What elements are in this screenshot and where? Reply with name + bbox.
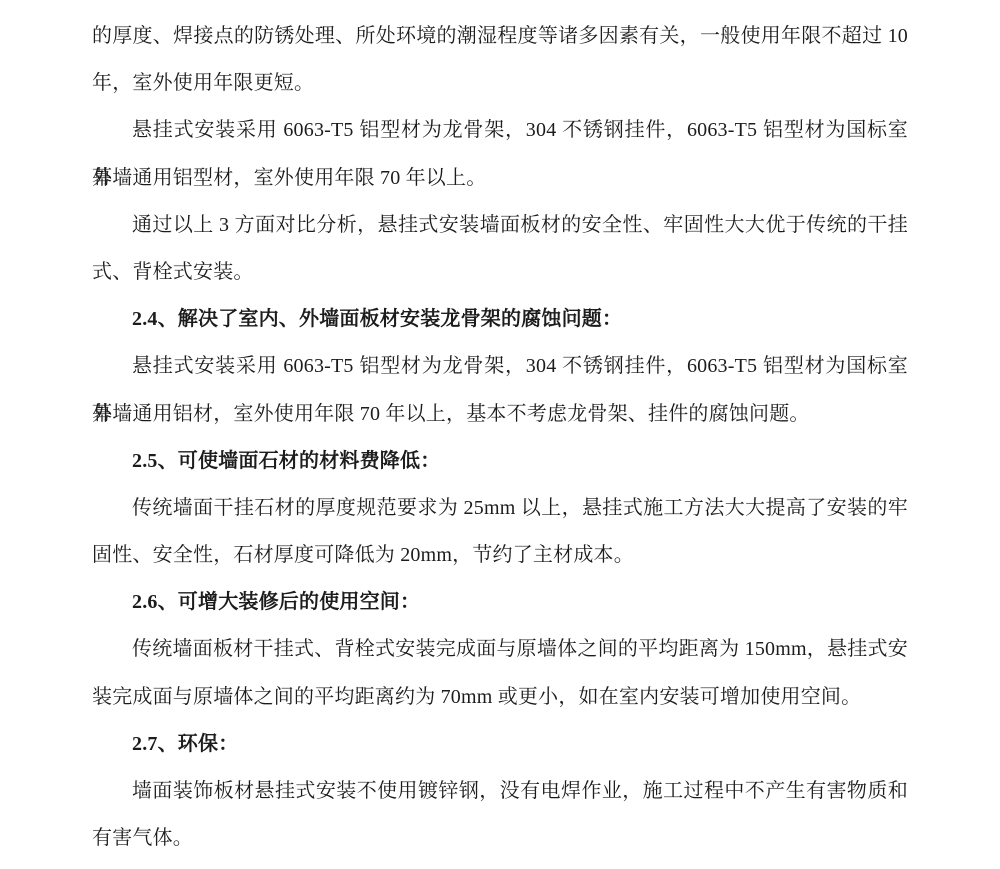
paragraph-line: 年，室外使用年限更短。 [92,60,908,107]
paragraph-line: 幕墙通用铝型材，室外使用年限 70 年以上。 [92,155,908,202]
paragraph-line: 有害气体。 [92,815,908,862]
paragraph-line: 传统墙面板材干挂式、背栓式安装完成面与原墙体之间的平均距离为 150mm，悬挂式… [92,626,908,673]
paragraph-line: 的厚度、焊接点的防锈处理、所处环境的潮湿程度等诸多因素有关，一般使用年限不超过 … [92,13,908,60]
paragraph-line: 悬挂式安装采用 6063-T5 铝型材为龙骨架，304 不锈钢挂件，6063-T… [92,343,908,390]
paragraph-line: 固性、安全性，石材厚度可降低为 20mm，节约了主材成本。 [92,532,908,579]
paragraph-line: 幕墙通用铝材，室外使用年限 70 年以上，基本不考虑龙骨架、挂件的腐蚀问题。 [92,391,908,438]
document-page: 的厚度、焊接点的防锈处理、所处环境的潮湿程度等诸多因素有关，一般使用年限不超过 … [0,0,1000,869]
paragraph-line: 传统墙面干挂石材的厚度规范要求为 25mm 以上，悬挂式施工方法大大提高了安装的… [92,485,908,532]
section-heading-2-6: 2.6、可增大装修后的使用空间： [92,579,908,626]
document-body: 的厚度、焊接点的防锈处理、所处环境的潮湿程度等诸多因素有关，一般使用年限不超过 … [92,13,908,862]
paragraph-line: 通过以上 3 方面对比分析，悬挂式安装墙面板材的安全性、牢固性大大优于传统的干挂 [92,202,908,249]
section-heading-2-7: 2.7、环保： [92,721,908,768]
section-heading-2-4: 2.4、解决了室内、外墙面板材安装龙骨架的腐蚀问题： [92,296,908,343]
section-heading-2-5: 2.5、可使墙面石材的材料费降低： [92,438,908,485]
paragraph-line: 装完成面与原墙体之间的平均距离约为 70mm 或更小，如在室内安装可增加使用空间… [92,674,908,721]
paragraph-line: 式、背栓式安装。 [92,249,908,296]
paragraph-line: 悬挂式安装采用 6063-T5 铝型材为龙骨架，304 不锈钢挂件，6063-T… [92,107,908,154]
paragraph-line: 墙面装饰板材悬挂式安装不使用镀锌钢，没有电焊作业，施工过程中不产生有害物质和 [92,768,908,815]
